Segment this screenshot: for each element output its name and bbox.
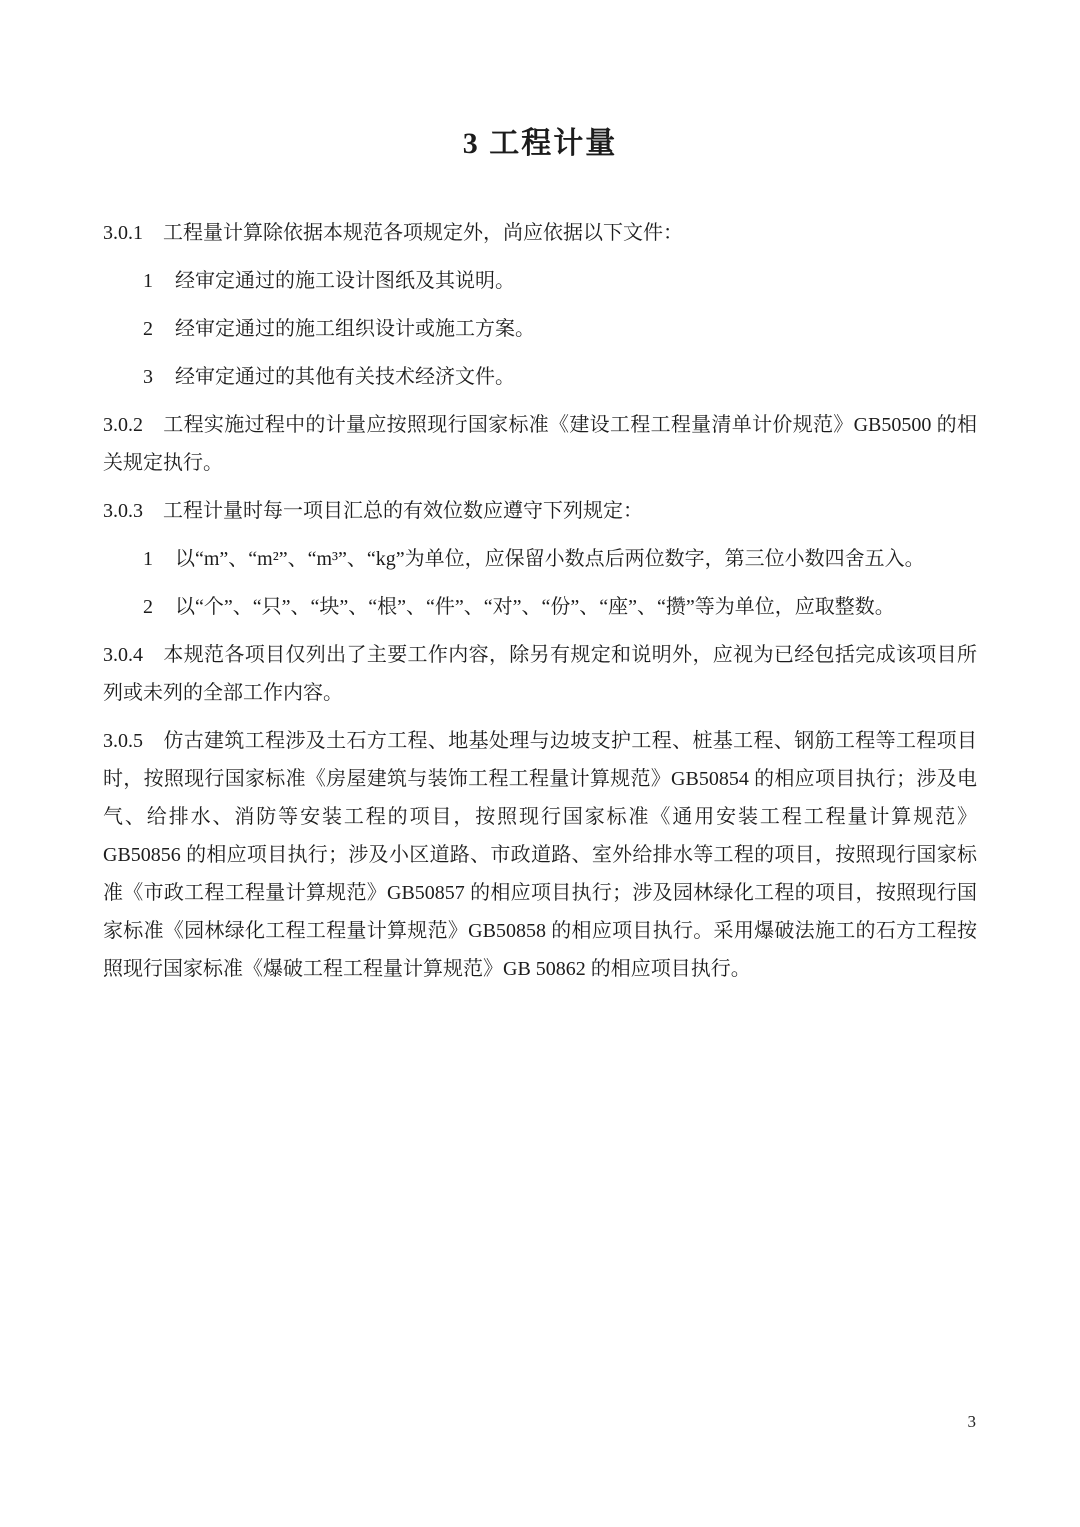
item-number: 1: [143, 270, 153, 292]
clause-3-0-3: 3.0.3工程计量时每一项目汇总的有效位数应遵守下列规定：: [103, 492, 977, 530]
clause-number: 3.0.4: [103, 644, 143, 666]
item-text: 以“个”、“只”、“块”、“根”、“件”、“对”、“份”、“座”、“攒”等为单位…: [175, 596, 895, 618]
clause-number: 3.0.3: [103, 500, 143, 522]
clause-text: 工程量计算除依据本规范各项规定外，尚应依据以下文件：: [163, 222, 683, 244]
clause-number: 3.0.5: [103, 730, 143, 752]
clause-3-0-1: 3.0.1工程量计算除依据本规范各项规定外，尚应依据以下文件：: [103, 214, 977, 252]
list-item-2: 2经审定通过的施工组织设计或施工方案。: [103, 310, 977, 348]
item-number: 2: [143, 318, 153, 340]
clause-text: 本规范各项目仅列出了主要工作内容，除另有规定和说明外，应视为已经包括完成该项目所…: [103, 644, 977, 704]
list-item-1: 1经审定通过的施工设计图纸及其说明。: [103, 262, 977, 300]
clause-text: 工程计量时每一项目汇总的有效位数应遵守下列规定：: [163, 500, 643, 522]
item-text: 经审定通过的其他有关技术经济文件。: [175, 366, 515, 388]
item-number: 1: [143, 548, 153, 570]
item-number: 2: [143, 596, 153, 618]
clause-3-0-5: 3.0.5仿古建筑工程涉及土石方工程、地基处理与边坡支护工程、桩基工程、钢筋工程…: [103, 722, 977, 988]
clause-3-0-4: 3.0.4本规范各项目仅列出了主要工作内容，除另有规定和说明外，应视为已经包括完…: [103, 636, 977, 712]
list-item-3-0-3-1: 1以“m”、“m²”、“m³”、“kg”为单位，应保留小数点后两位数字，第三位小…: [103, 540, 977, 578]
clause-number: 3.0.1: [103, 222, 143, 244]
item-text: 经审定通过的施工组织设计或施工方案。: [175, 318, 535, 340]
list-item-3-0-3-2: 2以“个”、“只”、“块”、“根”、“件”、“对”、“份”、“座”、“攒”等为单…: [103, 588, 977, 626]
clause-3-0-2: 3.0.2工程实施过程中的计量应按照现行国家标准《建设工程工程量清单计价规范》G…: [103, 406, 977, 482]
item-text: 以“m”、“m²”、“m³”、“kg”为单位，应保留小数点后两位数字，第三位小数…: [175, 548, 925, 570]
document-page: 3 工程计量 3.0.1工程量计算除依据本规范各项规定外，尚应依据以下文件： 1…: [0, 0, 1080, 1527]
clause-text: 工程实施过程中的计量应按照现行国家标准《建设工程工程量清单计价规范》GB5050…: [103, 414, 977, 474]
list-item-3: 3经审定通过的其他有关技术经济文件。: [103, 358, 977, 396]
clause-text: 仿古建筑工程涉及土石方工程、地基处理与边坡支护工程、桩基工程、钢筋工程等工程项目…: [103, 730, 977, 980]
item-number: 3: [143, 366, 153, 388]
page-title: 3 工程计量: [103, 122, 977, 166]
item-text: 经审定通过的施工设计图纸及其说明。: [175, 270, 515, 292]
clause-number: 3.0.2: [103, 414, 143, 436]
page-number: 3: [968, 1412, 977, 1432]
